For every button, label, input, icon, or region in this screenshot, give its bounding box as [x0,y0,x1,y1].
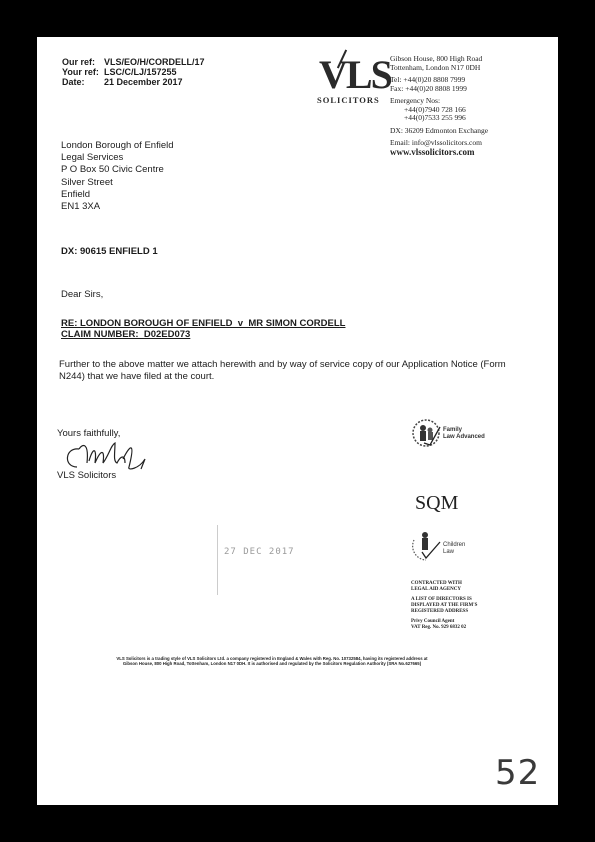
recipient-dx: DX: 90615 ENFIELD 1 [61,246,158,257]
your-ref-row: Your ref:LSC/C/LJ/157255 [62,67,205,77]
note-line: VAT Reg. No. 929 6832 02 [411,625,477,631]
recipient-line: London Borough of Enfield [61,140,174,152]
logo-mark: VLS [319,55,391,95]
recipient-line: Enfield [61,189,174,201]
reference-block: Our ref:VLS/EO/H/CORDELL/17 Your ref:LSC… [62,57,205,87]
children-law-icon [410,530,442,562]
signatory: VLS Solicitors [57,470,116,481]
handwritten-page-number: 52 [495,753,540,793]
date-value: 21 December 2017 [104,77,183,87]
children-law-badge: ChildrenLaw [410,530,442,567]
accreditation-notes: CONTRACTED WITH LEGAL AID AGENCY A LIST … [411,581,477,631]
logo-subtitle: SOLICITORS [317,95,380,105]
children-law-label: Children [443,542,465,549]
your-ref-value: LSC/C/LJ/157255 [104,67,177,77]
recipient-line: P O Box 50 Civic Centre [61,164,174,176]
re-heading: RE: LONDON BOROUGH OF ENFIELD v MR SIMON… [61,319,345,340]
note-line: REGISTERED ADDRESS [411,609,477,615]
recipient-line: Silver Street [61,177,174,189]
family-law-badge: FamilyLaw Advanced [410,417,442,454]
recipient-line: EN1 3XA [61,201,174,213]
family-law-icon [410,417,442,449]
our-ref-label: Our ref: [62,57,104,67]
date-row: Date:21 December 2017 [62,77,205,87]
salutation: Dear Sirs, [61,289,103,300]
your-ref-label: Your ref: [62,67,104,77]
re-line-case: RE: LONDON BOROUGH OF ENFIELD v MR SIMON… [61,319,345,330]
received-stamp: 27 DEC 2017 [217,525,322,605]
our-ref-row: Our ref:VLS/EO/H/CORDELL/17 [62,57,205,67]
firm-dx: DX: 36209 Edmonton Exchange [390,127,488,136]
children-law-sublabel: Law [443,549,465,556]
signature [59,437,149,473]
stamp-date: 27 DEC 2017 [224,547,295,557]
letter-page: Our ref:VLS/EO/H/CORDELL/17 Your ref:LSC… [37,37,558,805]
emergency-number-2: +44(0)7533 255 996 [390,114,488,123]
recipient-address: London Borough of Enfield Legal Services… [61,140,174,213]
firm-contact-block: Gibson House, 800 High Road Tottenham, L… [390,55,488,156]
firm-address-line2: Tottenham, London N17 0DH [390,64,488,73]
recipient-line: Legal Services [61,152,174,164]
company-footer: VLS Solicitors is a trading style of VLS… [92,656,452,666]
footer-line2: Gibson House, 800 High Road, Tottenham, … [92,661,452,666]
firm-fax: Fax: +44(0)20 8808 1999 [390,85,488,94]
firm-website: www.vlssolicitors.com [390,148,488,157]
re-line-claim: CLAIM NUMBER: D02ED073 [61,330,345,341]
sqm-logo: SQM [415,492,458,515]
our-ref-value: VLS/EO/H/CORDELL/17 [104,57,205,67]
letter-body: Further to the above matter we attach he… [59,359,519,383]
vls-logo: VLS SOLICITORS [317,49,387,105]
family-law-sublabel: Law Advanced [443,434,485,441]
date-label: Date: [62,77,104,87]
